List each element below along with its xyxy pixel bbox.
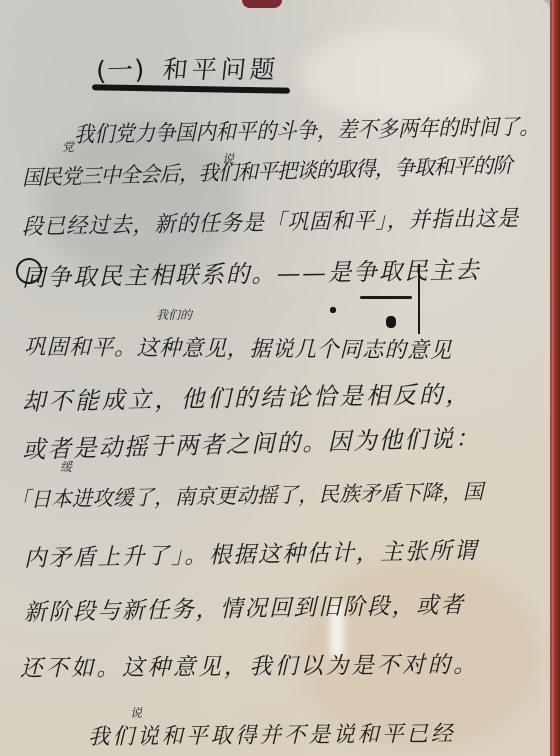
insertion-mark: 党 bbox=[62, 138, 74, 155]
insertion-mark: 说 bbox=[130, 704, 142, 721]
manuscript-line-5: 巩固和平。这种意见，据说几个同志的意见 bbox=[24, 330, 453, 365]
frame-edge bbox=[550, 0, 560, 756]
em-dash-stroke bbox=[360, 296, 412, 299]
ink-blot bbox=[386, 316, 396, 328]
section-title: (一) 和平问题 bbox=[96, 48, 279, 88]
ink-blot bbox=[330, 307, 336, 313]
section-number: (一) bbox=[95, 49, 146, 88]
margin-circle-mark bbox=[16, 258, 42, 284]
paper-stain bbox=[300, 30, 480, 120]
manuscript-line-12: 我们说和平取得并不是说和平已经 bbox=[88, 717, 456, 751]
clip-mark bbox=[242, 0, 282, 8]
manuscript-line-11: 还不如。这种意见，我们以为是不对的。 bbox=[20, 646, 479, 683]
insertion-mark: 我们的 bbox=[156, 306, 192, 323]
insertion-bracket bbox=[418, 264, 420, 334]
section-title-text: 和平问题 bbox=[161, 50, 281, 86]
